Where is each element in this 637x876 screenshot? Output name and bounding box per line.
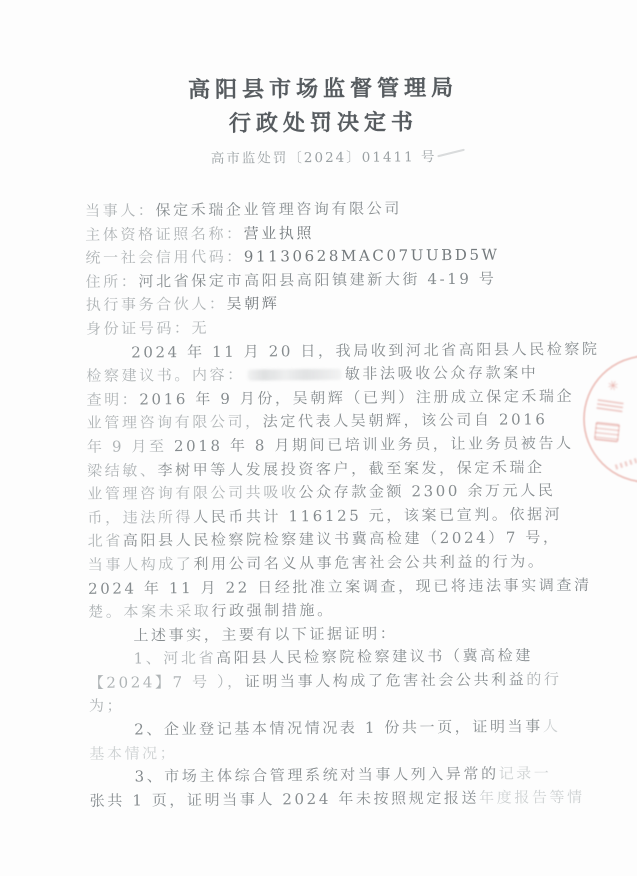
text-segment: 年度报告等情 bbox=[479, 788, 585, 807]
text-segment: 高阳县人民检察院检察建议书冀高检建（2024）7 号， bbox=[123, 528, 561, 549]
document-line: 【2024】7 号 ），证明当事人构成了危害社会公共利益的行 bbox=[89, 668, 567, 695]
document-content: 高阳县市场监督管理局 行政处罚决定书 高市监处罚〔2024〕01411 号 当事… bbox=[84, 70, 568, 813]
document-title-agency: 高阳县市场监督管理局 bbox=[84, 70, 562, 108]
text-segment: 敏非法吸收公众存款案中 bbox=[345, 363, 539, 383]
document-number: 高市监处罚〔2024〕01411 号 bbox=[85, 144, 563, 168]
seal-star-mark: ✳ bbox=[604, 377, 621, 395]
text-segment: 的行 bbox=[526, 670, 561, 688]
seal-text-mark bbox=[596, 399, 623, 413]
text-segment: 李树甲等人发展投资客户，截至案发，保定禾瑞企 bbox=[157, 458, 544, 479]
text-segment: 统一社会信用代码： bbox=[85, 248, 244, 267]
text-segment: 人民币共计 116125 元，该案已宣判。依据河 bbox=[193, 505, 562, 526]
text-segment: 高阳县人民检察院检察建议书（冀高检建 bbox=[216, 647, 533, 667]
document-line: 检察建议书。内容：敏非法吸收公众存款案中 bbox=[86, 361, 564, 388]
redacted-smudge bbox=[248, 369, 342, 381]
text-segment: 当事人： bbox=[85, 201, 156, 220]
document-line: 1、河北省高阳县人民检察院检察建议书（冀高检建 bbox=[89, 644, 567, 671]
text-segment: 为； bbox=[89, 697, 124, 715]
text-segment: 基本情况； bbox=[89, 744, 177, 763]
document-line: 张共 1 页，证明当事人 2024 年未按照规定报送年度报告等情 bbox=[90, 786, 568, 813]
text-segment: 人 bbox=[543, 717, 561, 735]
text-segment: 北省 bbox=[88, 532, 123, 550]
text-segment: 营业执照 bbox=[244, 224, 315, 243]
text-segment: 91130628MAC07UUBD5W bbox=[244, 246, 500, 266]
text-segment: 行政强制措施。 bbox=[211, 601, 334, 620]
document-line: 当事人构成了利用公司名义从事危害社会公共利益的行为。 bbox=[88, 550, 566, 577]
text-segment: 检察建议书。内容： bbox=[86, 366, 245, 385]
text-segment: 河北省保定市高阳县高阳镇建新大街 4-19 号 bbox=[138, 269, 496, 290]
text-segment: 住所： bbox=[86, 272, 139, 290]
document-line: 年 9 月至 2018 年 8 月期间已培训业务员，让业务员被告人 bbox=[87, 432, 565, 459]
text-segment: 2018 年 8 月期间已培训业务员，让业务员被告人 bbox=[167, 434, 574, 455]
document-line: 统一社会信用代码：91130628MAC07UUBD5W bbox=[85, 243, 563, 270]
seal-dotted-arc-mark bbox=[615, 457, 637, 469]
seal-text-mark bbox=[594, 422, 620, 442]
text-segment: 梁结敏、 bbox=[87, 461, 158, 480]
text-segment: 公众存款金额 2300 余万元人民 bbox=[298, 481, 555, 501]
text-segment: 1、河北省 bbox=[134, 649, 217, 668]
red-seal-partial: ✳ bbox=[583, 355, 637, 483]
text-segment: 上述事实，主要有以下证据证明： bbox=[133, 624, 397, 644]
text-segment: 保定禾瑞企业管理咨询有限公司 bbox=[155, 199, 402, 219]
text-segment: 年 9 月至 bbox=[87, 437, 167, 456]
text-segment: 2016 年 9 月份，吴朝辉（已判）注册成立保定禾瑞企 bbox=[139, 387, 574, 408]
document-line: 2、企业登记基本情况情况表 1 份共一页，证明当事人 bbox=[89, 715, 567, 742]
document-line: 2024 年 11 月 22 日经批准立案调查，现已将违法事实调查清 bbox=[88, 574, 566, 601]
text-segment: 业管理咨询有限公司， bbox=[87, 413, 263, 432]
text-segment: 身份证号码： bbox=[86, 319, 192, 338]
text-segment: 记录一 bbox=[499, 764, 552, 782]
text-segment: 2、企业登记基本情况情况表 1 份共一页，证明当事 bbox=[134, 717, 543, 738]
document-line: 住所：河北省保定市高阳县高阳镇建新大街 4-19 号 bbox=[86, 267, 564, 294]
text-segment: 楚。本案未采取 bbox=[88, 602, 211, 621]
scanned-document-page: 高阳县市场监督管理局 行政处罚决定书 高市监处罚〔2024〕01411 号 当事… bbox=[0, 0, 637, 876]
text-segment: 3、市场主体综合管理系统对当事人列入异常的 bbox=[134, 765, 498, 786]
document-line: 3、市场主体综合管理系统对当事人列入异常的记录一 bbox=[89, 762, 567, 789]
document-line: 业管理咨询有限公司共吸收公众存款金额 2300 余万元人民 bbox=[87, 479, 565, 506]
text-segment: 无 bbox=[192, 319, 210, 337]
text-segment: 【2024】7 号 ）， bbox=[89, 673, 245, 692]
text-segment: 当事人构成了 bbox=[88, 555, 194, 574]
document-body: 当事人：保定禾瑞企业管理咨询有限公司主体资格证照名称：营业执照统一社会信用代码：… bbox=[85, 196, 568, 813]
text-segment: 证明当事人构成了危害社会公共利益 bbox=[245, 670, 527, 690]
text-segment: 执行事务合伙人： bbox=[86, 295, 227, 314]
text-segment: 2024 年 11 月 20 日，我局收到河北省高阳县人民检察院 bbox=[131, 339, 600, 361]
text-segment: 张共 1 页，证明当事人 2024 年未按照规定报送 bbox=[90, 789, 480, 810]
text-segment: 查明： bbox=[86, 390, 139, 408]
document-title-type: 行政处罚决定书 bbox=[84, 104, 562, 142]
text-segment: 币，违法所得 bbox=[87, 508, 193, 527]
text-segment: 吴朝辉 bbox=[227, 295, 280, 313]
text-segment: 法定代表人吴朝辉，该公司自 2016 bbox=[263, 411, 548, 431]
text-segment: 业管理咨询有限公司共吸收 bbox=[87, 483, 298, 503]
text-segment: 主体资格证照名称： bbox=[85, 224, 244, 243]
text-segment: 利用公司名义从事危害社会公共利益的行为。 bbox=[193, 552, 545, 573]
text-segment: 2024 年 11 月 22 日经批准立案调查，现已将违法事实调查清 bbox=[88, 575, 592, 597]
